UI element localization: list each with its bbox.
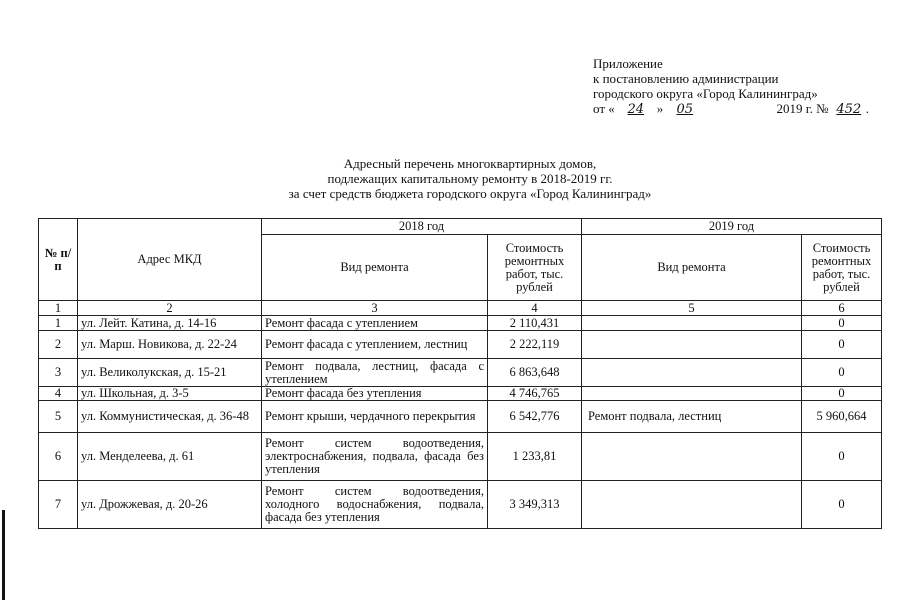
row-num: 4 xyxy=(39,387,78,401)
row-cost-2019: 0 xyxy=(802,359,882,387)
row-cost-2019: 0 xyxy=(802,316,882,331)
row-num: 6 xyxy=(39,433,78,481)
row-num: 2 xyxy=(39,331,78,359)
row-kind-2018: Ремонт систем водоотведения, электроснаб… xyxy=(262,433,488,481)
header-year-2019: 2019 год xyxy=(582,219,882,235)
year-text: 2019 г. № xyxy=(777,101,829,116)
appendix-date-line: от «24» 052019 г. № 452. xyxy=(593,101,869,117)
table-row: 2 ул. Марш. Новикова, д. 22-24 Ремонт фа… xyxy=(39,331,882,359)
column-index-row: 1 2 3 4 5 6 xyxy=(39,301,882,316)
row-num: 3 xyxy=(39,359,78,387)
row-cost-2019: 0 xyxy=(802,433,882,481)
row-kind-2018: Ремонт крыши, чердачного перекрытия xyxy=(262,401,488,433)
header-kind-2018: Вид ремонта xyxy=(262,235,488,301)
row-kind-2018: Ремонт фасада без утепления xyxy=(262,387,488,401)
handwritten-month: 05 xyxy=(667,102,777,117)
row-cost-2018: 2 222,119 xyxy=(488,331,582,359)
row-address: ул. Марш. Новикова, д. 22-24 xyxy=(78,331,262,359)
appendix-line-2: к постановлению администрации xyxy=(593,71,869,86)
row-cost-2019: 0 xyxy=(802,481,882,529)
appendix-line-3: городского округа «Город Калининград» xyxy=(593,86,869,101)
column-index: 1 xyxy=(39,301,78,316)
date-mid: » xyxy=(657,101,664,116)
table-row: 4 ул. Школьная, д. 3-5 Ремонт фасада без… xyxy=(39,387,882,401)
table-row: 7 ул. Дрожжевая, д. 20-26 Ремонт систем … xyxy=(39,481,882,529)
row-kind-2019 xyxy=(582,359,802,387)
number-suffix: . xyxy=(866,101,869,116)
table-row: 1 ул. Лейт. Катина, д. 14-16 Ремонт фаса… xyxy=(39,316,882,331)
repair-list-table: № п/п Адрес МКД 2018 год 2019 год Вид ре… xyxy=(38,218,882,529)
header-year-2018: 2018 год xyxy=(262,219,582,235)
row-address: ул. Лейт. Катина, д. 14-16 xyxy=(78,316,262,331)
row-kind-2019 xyxy=(582,316,802,331)
row-address: ул. Великолукская, д. 15-21 xyxy=(78,359,262,387)
row-kind-2018: Ремонт подвала, лестниц, фасада с утепле… xyxy=(262,359,488,387)
title-line-3: за счет средств бюджета городского округ… xyxy=(200,186,740,201)
table-row: 3 ул. Великолукская, д. 15-21 Ремонт под… xyxy=(39,359,882,387)
title-line-1: Адресный перечень многоквартирных домов, xyxy=(200,156,740,171)
row-address: ул. Школьная, д. 3-5 xyxy=(78,387,262,401)
date-prefix: от « xyxy=(593,101,615,116)
row-kind-2019 xyxy=(582,433,802,481)
row-cost-2018: 1 233,81 xyxy=(488,433,582,481)
row-cost-2019: 0 xyxy=(802,331,882,359)
column-index: 2 xyxy=(78,301,262,316)
row-kind-2019: Ремонт подвала, лестниц xyxy=(582,401,802,433)
row-kind-2018: Ремонт фасада с утеплением, лестниц xyxy=(262,331,488,359)
column-index: 6 xyxy=(802,301,882,316)
header-address: Адрес МКД xyxy=(78,219,262,301)
column-index: 5 xyxy=(582,301,802,316)
appendix-line-1: Приложение xyxy=(593,56,869,71)
handwritten-number: 452 xyxy=(832,102,866,117)
row-kind-2018: Ремонт фасада с утеплением xyxy=(262,316,488,331)
row-cost-2018: 2 110,431 xyxy=(488,316,582,331)
table-row: 6 ул. Менделеева, д. 61 Ремонт систем во… xyxy=(39,433,882,481)
column-index: 4 xyxy=(488,301,582,316)
row-cost-2019: 0 xyxy=(802,387,882,401)
row-kind-2019 xyxy=(582,481,802,529)
column-index: 3 xyxy=(262,301,488,316)
row-kind-2018: Ремонт систем водоотведения, холодного в… xyxy=(262,481,488,529)
document-title: Адресный перечень многоквартирных домов,… xyxy=(200,156,740,201)
row-address: ул. Менделеева, д. 61 xyxy=(78,433,262,481)
row-cost-2018: 6 542,776 xyxy=(488,401,582,433)
row-num: 7 xyxy=(39,481,78,529)
row-kind-2019 xyxy=(582,331,802,359)
row-address: ул. Дрожжевая, д. 20-26 xyxy=(78,481,262,529)
row-cost-2018: 3 349,313 xyxy=(488,481,582,529)
header-cost-2019: Стоимость ремонтных работ, тыс. рублей xyxy=(802,235,882,301)
handwritten-day: 24 xyxy=(615,102,657,117)
title-line-2: подлежащих капитальному ремонту в 2018-2… xyxy=(200,171,740,186)
header-kind-2019: Вид ремонта xyxy=(582,235,802,301)
row-cost-2019: 5 960,664 xyxy=(802,401,882,433)
row-num: 1 xyxy=(39,316,78,331)
row-cost-2018: 6 863,648 xyxy=(488,359,582,387)
table-row: 5 ул. Коммунистическая, д. 36-48 Ремонт … xyxy=(39,401,882,433)
appendix-block: Приложение к постановлению администрации… xyxy=(593,56,869,117)
row-cost-2018: 4 746,765 xyxy=(488,387,582,401)
header-cost-2018: Стоимость ремонтных работ, тыс. рублей xyxy=(488,235,582,301)
row-num: 5 xyxy=(39,401,78,433)
row-kind-2019 xyxy=(582,387,802,401)
header-num: № п/п xyxy=(39,219,78,301)
row-address: ул. Коммунистическая, д. 36-48 xyxy=(78,401,262,433)
scan-edge-mark xyxy=(2,510,5,600)
